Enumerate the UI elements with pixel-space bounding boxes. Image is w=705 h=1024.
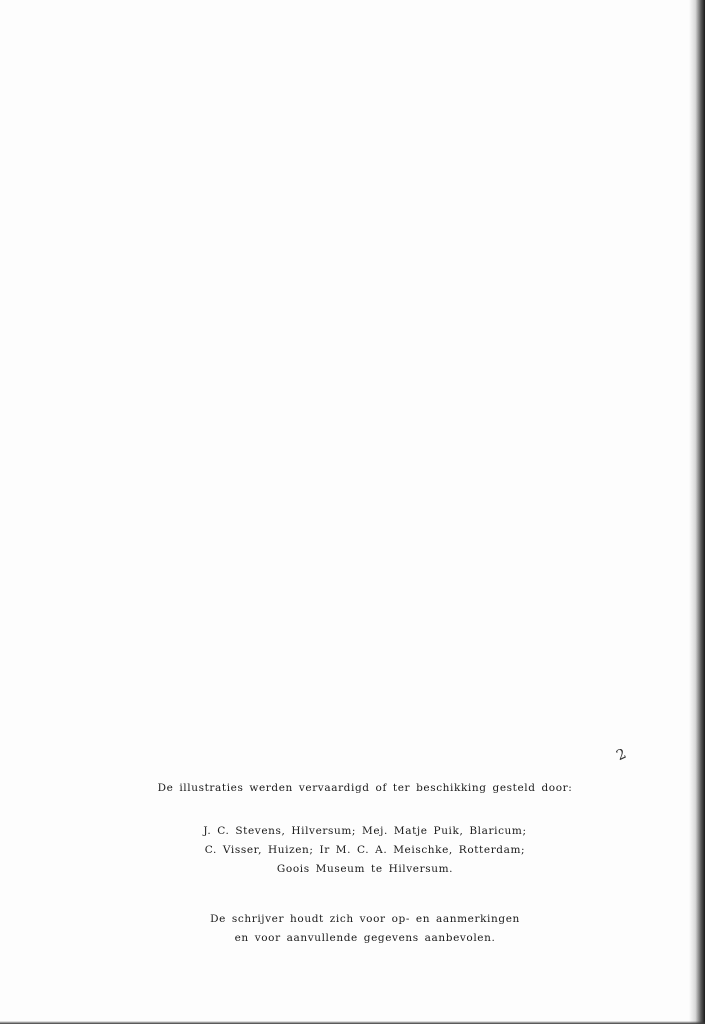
author-note-line-2: en voor aanvullende gegevens aanbevolen. (0, 929, 705, 948)
intro-text: De illustraties werden vervaardigd of te… (0, 782, 705, 794)
illustrations-credit-intro: De illustraties werden vervaardigd of te… (0, 782, 705, 794)
contributors-line-3: Goois Museum te Hilversum. (0, 860, 705, 879)
handwritten-page-mark: 2 (614, 746, 629, 764)
author-note: De schrijver houdt zich voor op- en aanm… (0, 910, 705, 948)
contributors-line-2: C. Visser, Huizen; Ir M. C. A. Meischke,… (0, 841, 705, 860)
contributors-list: J. C. Stevens, Hilversum; Mej. Matje Pui… (0, 822, 705, 879)
contributors-line-1: J. C. Stevens, Hilversum; Mej. Matje Pui… (0, 822, 705, 841)
author-note-line-1: De schrijver houdt zich voor op- en aanm… (0, 910, 705, 929)
document-page: 2 De illustraties werden vervaardigd of … (0, 0, 705, 1024)
